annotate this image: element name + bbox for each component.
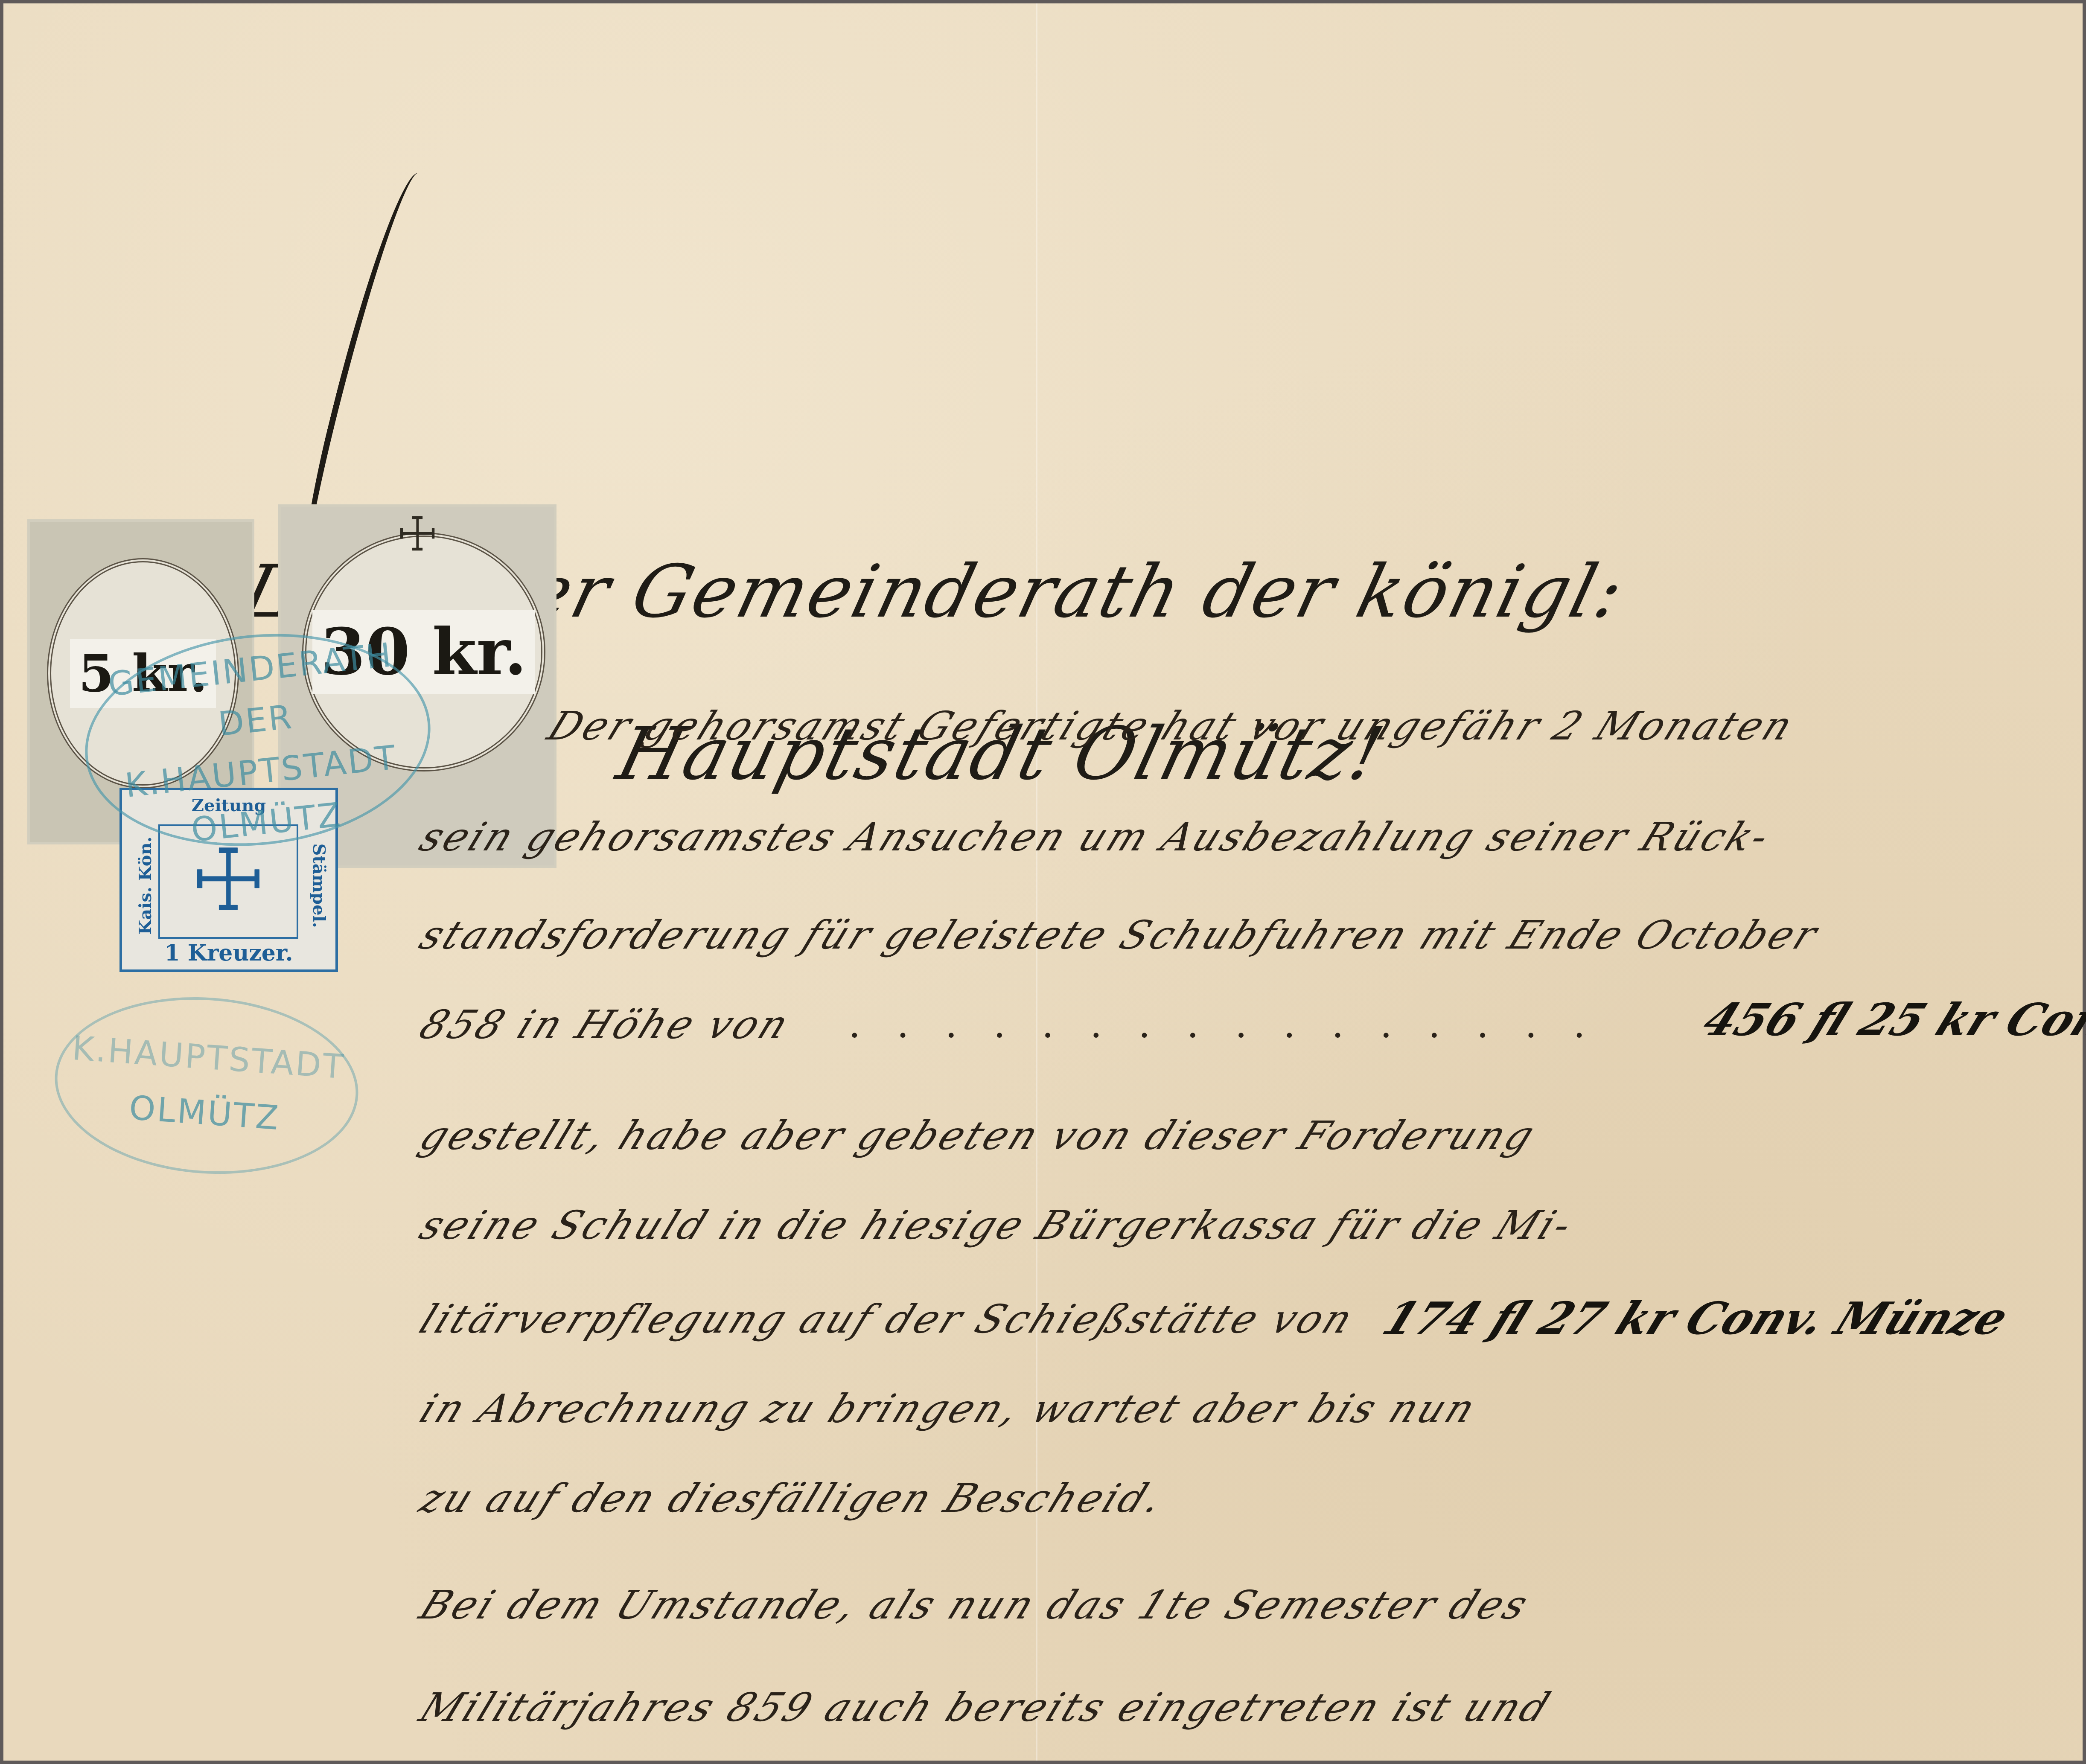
body-line-7: litärverpflegung auf der Schießstätte vo… — [413, 1296, 1362, 1342]
cancel-text: OLMÜTZ — [54, 1084, 355, 1143]
amount-2: 174 fl 27 kr Conv. Münze — [1375, 1292, 2016, 1345]
body-line-11: Militärjahres 859 auch bereits eingetret… — [413, 1685, 1559, 1730]
body-line-10: Bei dem Umstande, als nun das 1te Semest… — [413, 1582, 1537, 1628]
cancel-text: K.HAUPTSTADT — [58, 1028, 359, 1088]
body-line-5: gestellt, habe aber gebeten von dieser F… — [413, 1113, 1544, 1159]
document-page: Löblicher Gemeinderath der königl: Haupt… — [3, 3, 2083, 1761]
double-eagle-icon: ☩ — [190, 839, 266, 924]
stamp-label-right: Stämpel. — [309, 843, 329, 928]
body-line-6: seine Schuld in die hiesige Bürgerkassa … — [413, 1202, 1581, 1248]
amount-1: 456 fl 25 kr Conv. Münze — [1696, 993, 2086, 1046]
cancellation-stamp-lower: K.HAUPTSTADT OLMÜTZ — [49, 987, 364, 1184]
body-line-3: standsforderung für geleistete Schubfuhr… — [413, 912, 1826, 958]
double-eagle-icon: ☩ — [396, 511, 439, 558]
body-line-4: 858 in Höhe von — [413, 1002, 798, 1048]
stamp-label-bottom: 1 Kreuzer. — [164, 940, 293, 966]
body-line-1: Der gehorsamst Gefertigte hat vor ungefä… — [541, 703, 1802, 749]
leader-dots: . . . . . . . . . . . . . . . . — [848, 1002, 1597, 1047]
body-line-9: zu auf den diesfälligen Bescheid. — [413, 1476, 1172, 1521]
body-line-2: sein gehorsamstes Ansuchen um Ausbezahlu… — [413, 814, 1778, 860]
body-line-8: in Abrechnung zu bringen, wartet aber bi… — [413, 1386, 1484, 1432]
